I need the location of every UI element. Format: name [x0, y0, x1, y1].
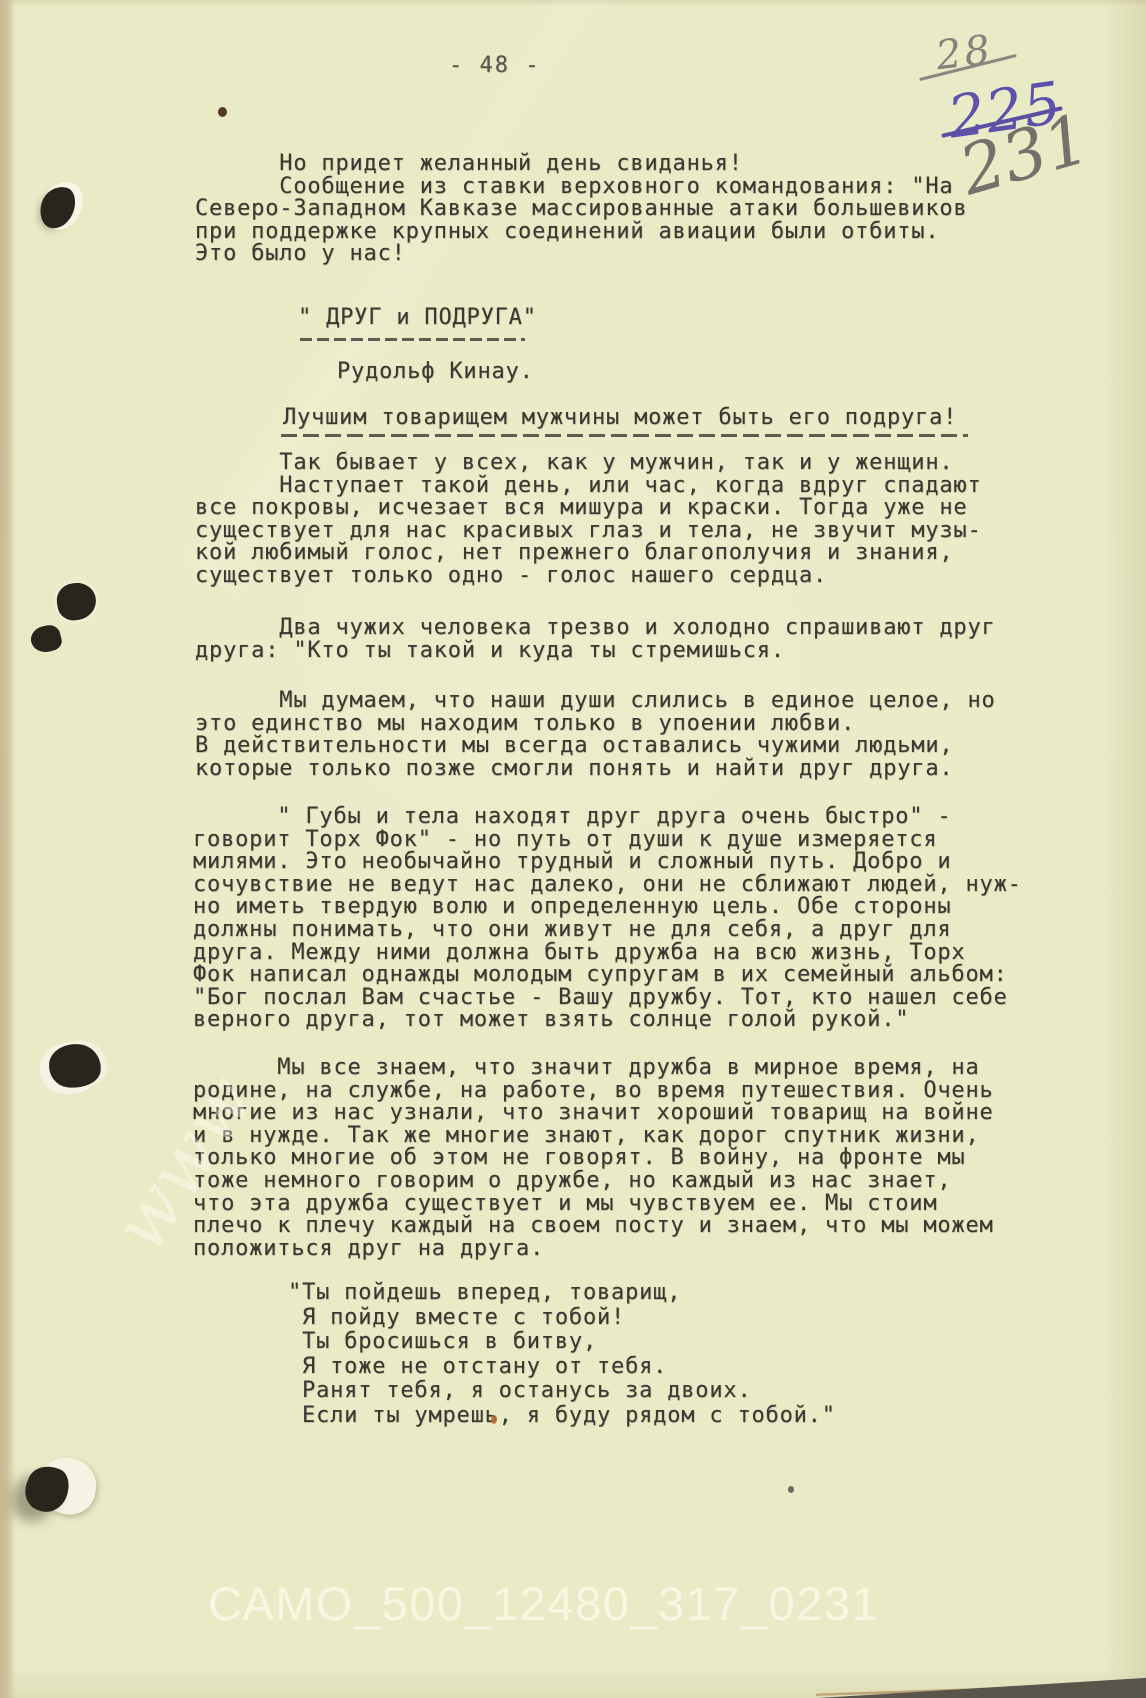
- text-line: многие из нас узнали, что значит хороший…: [193, 1102, 994, 1125]
- text-line: Если ты умрешь, я буду рядом с тобой.": [288, 1404, 836, 1429]
- text-line: это единство мы находим только в упоении…: [195, 713, 996, 736]
- text-line: сочувствие не ведут нас далеко, они не с…: [193, 874, 1022, 897]
- ink-speck: [218, 107, 227, 117]
- paragraph-3: Мы думаем, что наши души слились в едино…: [195, 690, 996, 780]
- text-line: друга: "Кто ты такой и куда ты стремишьс…: [195, 640, 996, 663]
- text-line: родине, на службе, на работе, во время п…: [193, 1080, 994, 1103]
- text-line: говорит Торх Фок" - но путь от души к ду…: [193, 829, 1022, 852]
- poem: "Ты пойдешь вперед, товарищ, Я пойду вме…: [288, 1281, 836, 1429]
- text-line: при поддержке крупных соединений авиации…: [195, 221, 967, 244]
- article-subtitle: Лучшим товарищем мужчины может быть его …: [283, 407, 957, 430]
- text-line: Сообщение из ставки верховного командова…: [195, 176, 967, 199]
- text-line: существует для нас красивых глаз и тела,…: [195, 520, 982, 543]
- page-number: - 48 -: [449, 55, 540, 78]
- text-line: которые только позже смогли понять и най…: [195, 758, 996, 781]
- text-line: Мы все знаем, что значит дружба в мирное…: [193, 1057, 994, 1080]
- text-line: и в нужде. Так же многие знают, как доро…: [193, 1125, 994, 1148]
- text-line: Я пойду вместе с тобой!: [288, 1306, 836, 1331]
- text-line: только многие об этом не говорят. В войн…: [193, 1147, 994, 1170]
- article-title: " ДРУГ и ПОДРУГА": [298, 307, 537, 330]
- paragraph-5: Мы все знаем, что значит дружба в мирное…: [193, 1057, 994, 1260]
- paragraph-4: " Губы и тела находят друг друга очень б…: [193, 806, 1022, 1032]
- text-line: Два чужих человека трезво и холодно спра…: [195, 617, 996, 640]
- text-line: все покровы, исчезает вся мишура и краск…: [195, 497, 982, 520]
- text-line: Я тоже не отстану от тебя.: [288, 1355, 836, 1380]
- subtitle-underline: [281, 434, 968, 437]
- paragraph-2: Два чужих человека трезво и холодно спра…: [195, 617, 996, 662]
- text-line: друга. Между ними должна быть дружба на …: [193, 942, 1022, 965]
- text-line: Фок написал однажды молодым супругам в и…: [193, 964, 1022, 987]
- dust-speck: [788, 1486, 794, 1493]
- text-line: существует только одно - голос нашего се…: [195, 565, 982, 588]
- archive-code-watermark: САМО_500_12480_317_0231: [208, 1576, 879, 1631]
- text-line: положиться друг на друга.: [193, 1238, 994, 1261]
- text-line: Так бывает у всех, как у мужчин, так и у…: [195, 452, 982, 475]
- text-line: но иметь твердую волю и определенную цел…: [193, 896, 1022, 919]
- text-line: должны понимать, что они живут не для се…: [193, 919, 1022, 942]
- rust-speck: [491, 1415, 497, 1424]
- text-line: тоже немного говорим о дружбе, но каждый…: [193, 1170, 994, 1193]
- paragraph-1: Так бывает у всех, как у мужчин, так и у…: [195, 452, 982, 588]
- text-line: В действительности мы всегда оставались …: [195, 735, 996, 758]
- text-line: Ты бросишься в битву,: [288, 1330, 836, 1355]
- text-line: Это было у нас!: [195, 243, 967, 266]
- text-line: кой любимый голос, нет прежнего благопол…: [195, 542, 982, 565]
- text-line: что эта дружба существует и мы чувствуем…: [193, 1193, 994, 1216]
- text-line: верного друга, тот может взять солнце го…: [193, 1009, 1022, 1032]
- text-line: Но придет желанный день свиданья!: [195, 153, 967, 176]
- text-line: " Губы и тела находят друг друга очень б…: [193, 806, 1022, 829]
- text-line: плечо к плечу каждый на своем посту и зн…: [193, 1215, 994, 1238]
- text-line: "Ты пойдешь вперед, товарищ,: [288, 1281, 836, 1306]
- text-line: Северо-Западном Кавказе массированные ат…: [195, 198, 967, 221]
- intro-paragraph: Но придет желанный день свиданья! Сообще…: [195, 153, 967, 266]
- text-line: милями. Это необычайно трудный и сложный…: [193, 851, 1022, 874]
- title-underline: [300, 338, 525, 341]
- text-line: Ранят тебя, я останусь за двоих.: [288, 1379, 836, 1404]
- article-author: Рудольф Кинау.: [337, 361, 534, 384]
- text-line: "Бог послал Вам счастье - Вашу дружбу. Т…: [193, 987, 1022, 1010]
- text-line: Наступает такой день, или час, когда вдр…: [195, 475, 982, 498]
- scanned-document-page: { "header": { "page_number": "- 48 -" },…: [0, 0, 1146, 1698]
- text-line: Мы думаем, что наши души слились в едино…: [195, 690, 996, 713]
